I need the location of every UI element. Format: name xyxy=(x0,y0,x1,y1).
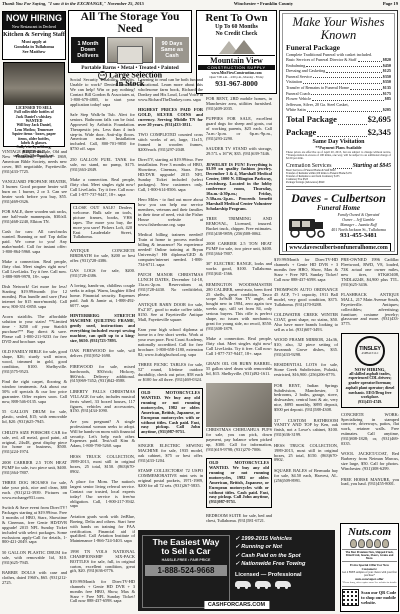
classified-ad: Safe Step Walk-In Tub. Alert for seniors… xyxy=(70,113,135,152)
classified-ad: FOR RENT, Indian Springs Subdivision, Ma… xyxy=(274,384,338,413)
classified-ad: OAK FIREWOOD for sale, will deliver. (93… xyxy=(70,349,135,359)
classified-ad: 250 GALLON FUEL TANK for sale, no stand,… xyxy=(70,158,135,173)
tinsley-asphalt-ad: TINSLEY ASPHALT LLC NOW HIRING, all skil… xyxy=(341,333,399,408)
classified-ad: THREE DOG HOUSES for sale, take your pic… xyxy=(2,481,67,501)
jack-daniels-bottles-ad: LICENSED TO SELL Full collectible bottle… xyxy=(3,62,65,147)
funeral-ad-title: Make Your Wishes Known xyxy=(286,16,391,41)
classified-ad: WOOD FRAME MIRROR, 24x36, $10; also, 32 … xyxy=(274,338,338,358)
classified-ad: 2008 CARRIER 2.5 TON HEAT PUMP for sale,… xyxy=(206,242,272,257)
cfc-subtitle: HASSLE-FREE • FAIR PRICE xyxy=(145,558,227,562)
classified-ad: Are you pregnant? A single professional … xyxy=(70,420,135,449)
classified-ad: CHILD'S SIZE PORSCHE CAR for sale, red, … xyxy=(2,431,67,456)
classified-column-6: PRE-OWNED 1996 Cadillac Fleetwood, RWD, … xyxy=(341,258,399,520)
qr-code xyxy=(342,589,359,606)
mountain-view-ad: Rent To Own Up To 60 Months No Credit Ch… xyxy=(196,10,277,94)
nuts-com-ad: Nuts.com The Best Premium Nuts, Shipped … xyxy=(340,523,399,612)
classified-ad: A place for Mom. The nation's largest se… xyxy=(70,480,135,509)
header-slogan: Thank You For Saying, "I saw it in the E… xyxy=(2,1,144,9)
tinsley-logo: TINSLEY ASPHALT LLC xyxy=(355,336,385,366)
classified-ad: Hero Miles - to find out more about how … xyxy=(138,198,203,227)
check-item: ✓ Nationwide Free Towing xyxy=(235,560,331,568)
classified-ad: FOR RENT, 2BD mobile homes, in Mancheste… xyxy=(206,97,272,112)
storage-offer-right: 90 Days Same as Cash xyxy=(155,37,189,63)
classified-ad: VINTAGE BIBLE for sale, Old and New Test… xyxy=(2,150,67,175)
funeral-pkg-label: Package xyxy=(286,127,316,138)
now-hiring-ad: NOW HIRING New Restaurant in Decherd Kit… xyxy=(2,11,66,60)
classified-ad: HIGHEST PRICES PAID FOR GOLD, SILVER COI… xyxy=(138,108,203,128)
tinsley-phone: (931)455-4749. xyxy=(344,400,396,405)
classified-ad: HINTERBERG STRETCH MACHINE QUILTING FRAM… xyxy=(70,314,135,343)
classified-ad: THOMPSON AUTO ORDNANCE 45 ACP, 7+1 capac… xyxy=(274,288,338,308)
classified-ad: ANTIQUE CONCRETE BIRDBATH for sale, $200… xyxy=(70,249,135,264)
classified-ad: BARBIE DOLLS with case and clothes, date… xyxy=(2,571,67,586)
classified-ad: WOOL JACKET/COAT, Red Barberry from Neim… xyxy=(341,452,399,472)
classified-ad: RESIDENTIAL LOTS for sale, Stone Creek S… xyxy=(274,363,338,378)
classified-ad: PATCH MANOR CHRISTMAS LUNCH DATES, Decem… xyxy=(138,273,203,298)
classified-ad: OLD FAMILY BIBLE for sale, good shape, $… xyxy=(2,350,67,375)
classified-ad: COLDWATER CREEK WINTER COAT, great shape… xyxy=(274,313,338,333)
classified-ad: VANGUARD PROPANE HEATER, 3 burner. Good … xyxy=(2,180,67,205)
funeral-phone: 931-455-3481 xyxy=(326,232,391,240)
classified-ad: $19.99/Month for DirecTV-HD channels + G… xyxy=(274,258,338,283)
classified-ad: STAMP COLLECTORS! 72 USPO COMMEMORATIVE … xyxy=(138,469,203,489)
classified-ad: SINGER ELECTRIC SEWING MACHINE for sale,… xyxy=(138,444,203,464)
check-item: ✓ Running or Not xyxy=(235,543,331,551)
classified-ad: SQUARE BALES of Bermuda hay for sale, $4… xyxy=(274,469,338,484)
now-hiring-staff: Kitchen & Serving Staff xyxy=(3,32,65,38)
classified-ad: Make a connection. Real people, flirty c… xyxy=(70,178,135,198)
classified-ad: Make a connection. Real people, flirty c… xyxy=(206,337,272,357)
classified-ad: 55 GALLON DRUM for sale, plastic, sealed… xyxy=(2,410,67,425)
cremation-price: Starting at $845 xyxy=(353,163,391,171)
classified-ad: LIBERTY FALLS CHRISTMAS VILLAGE for sale… xyxy=(70,390,135,415)
classified-ad: Make a connection. Real people, flirty c… xyxy=(2,260,67,280)
barn-photo xyxy=(107,37,153,63)
classified-ad: PUPPIES FOR SALE, excellent guard dogs f… xyxy=(206,117,272,142)
classified-ad: Dish Network! Get more for less! Startin… xyxy=(2,285,67,310)
classified-ad: REMINGTON WOODSMASTER 280 CALIBER, semi-… xyxy=(206,283,272,332)
funeral-home-name2: Funeral Home xyxy=(286,204,391,212)
now-hiring-title: NOW HIRING xyxy=(3,12,65,24)
hearse-illustration xyxy=(286,213,326,239)
classified-column-1: VINTAGE BIBLE for sale, Old and New Test… xyxy=(2,150,67,612)
funeral-website: www.davesculbertsonfuneralhome.com xyxy=(286,243,391,252)
classified-column-3: Learning to read can be both fun and edu… xyxy=(138,78,203,526)
classified-ad: Medical billing trainees needed! Train a… xyxy=(138,233,203,267)
check-item: ✓ 1999-2015 Vehicles xyxy=(235,535,331,543)
cremation-fine-print: Basic Services of Funeral Home & Staff $… xyxy=(286,170,391,187)
mountain-brand: Mountain View xyxy=(198,55,275,65)
classified-ad: Switch & Save event from DirecTV! Packag… xyxy=(2,506,67,545)
classified-ad: FLASHBACK ANTIQUE MALL, 217 Main Avenue … xyxy=(341,293,399,327)
cfc-phone: 1-888-524-9668 xyxy=(145,565,227,576)
classified-ad: Learning to read can be both fun and edu… xyxy=(138,78,203,103)
storage-offer-left: 1 Month Down Delivers xyxy=(71,37,105,63)
mountain-brand2: CONSTRUCTION SUPPLY xyxy=(198,65,275,70)
nuts-disclaimer: *Please hurry, offer expires soon. See w… xyxy=(342,581,397,584)
classified-column-5: $19.99/Month for DirecTV-HD channels + G… xyxy=(274,258,338,526)
classified-ad: FIREWOOD for sale, mixed hardwoods, $50/… xyxy=(70,365,135,385)
classified-ad: 2008 CARRIER 2.5 TON HEAT PUMP for sale,… xyxy=(2,461,67,476)
funeral-price-list: Basic Services of Funeral Director & Sta… xyxy=(286,57,391,113)
classified-ad: OLD MOTORCYCLES WANTED. We buy any old r… xyxy=(206,458,272,508)
funeral-pkg-price: $2,345 xyxy=(368,127,391,138)
classified-ad: 1998 TN VOLS NATIONAL CHAMPIONSHIP SIX-P… xyxy=(70,550,135,575)
funeral-package-row: Package $2,345 xyxy=(286,127,391,138)
chihuahua-pups-photo xyxy=(206,383,272,427)
funeral-total-label: Total Package xyxy=(286,114,337,125)
nuts-brand: Nuts.com xyxy=(342,526,397,538)
classified-ad: TREE TRIMMING AND REMOVAL, Licensed, ins… xyxy=(206,217,272,237)
classified-ad: FREE HORSE MANURE, you load, you haul. (… xyxy=(341,478,399,488)
classified-ad: CLOSE OUT SALE! Dealers welcome. Bulk sa… xyxy=(70,203,135,243)
classified-ad: SAUDER TV STAND with storage, 29.5"L x 1… xyxy=(206,147,272,157)
classified-ad: BEDROOM SUITE for sale, bed and chest, T… xyxy=(206,514,272,524)
classified-ad: DirecTV, starting at $19.99/mo. Free ins… xyxy=(138,158,203,192)
classified-ad: Earn your high school diploma at home in… xyxy=(138,328,203,357)
funeral-home-name: Daves - Culbertson xyxy=(286,189,391,204)
classified-ad: A loving, hands-on, childless couple see… xyxy=(70,284,135,309)
classified-ad: CONCRETE WORK: Specializing in stamped c… xyxy=(341,413,399,447)
cfc-checklist: ✓ 1999-2015 Vehicles✓ Running or Not✓ Ca… xyxy=(235,535,331,569)
classified-ad: 30" ELECTRIC RANGE, looks and works good… xyxy=(206,262,272,277)
classified-ad: TWO COMPLETED counted cross stitch works… xyxy=(138,133,203,153)
classified-ad: JEWELRY IS FUN! Everything is $3.99 on q… xyxy=(206,163,272,212)
classified-column-4: FOR RENT, 2BD mobile homes, in Mancheste… xyxy=(206,97,272,526)
storage-barns-ad: All The Storage You Need 1 Month Down De… xyxy=(68,10,192,73)
classified-ad: OLD MOTORCYCLES WANTED. We buy any old r… xyxy=(138,388,203,438)
classified-ad: Aviation grads work with JetBlue, Boeing… xyxy=(70,515,135,544)
classified-ad: Acorn stairlifts. The affordable solutio… xyxy=(2,315,67,344)
cfc-licensed: Licensed — Professional xyxy=(235,572,331,578)
header-page-number: Page 19 xyxy=(383,1,398,9)
cfc-logo: CASHFORCARS.COM xyxy=(204,601,269,609)
classified-ad: CHRISTMAS CHIHUAHUA PUPS for sale, you c… xyxy=(206,383,272,453)
storage-ad-title: All The Storage You Need xyxy=(71,12,189,35)
qr-caption: Scan our QR Code to shop our mobile webs… xyxy=(361,590,397,606)
check-item: ✓ Cash Paid on the Spot xyxy=(235,552,331,560)
cash-for-cars-ad: The Easiest Way to Sell a Car HASSLE-FRE… xyxy=(138,530,335,611)
funeral-total-row: Total Package $2,695 xyxy=(286,114,391,125)
rent-to-own-sub1: Up To 60 Months xyxy=(198,24,275,31)
classified-ad: Find the right carpet, flooring & window… xyxy=(2,380,67,405)
funeral-home-ad: Make Your Wishes Known Funeral Package C… xyxy=(279,10,398,255)
nut-characters xyxy=(342,539,397,548)
header-location: Winchester • Franklin County xyxy=(234,1,293,9)
mountain-phone: 931-967-8000 xyxy=(198,79,275,88)
car-icons xyxy=(235,581,331,587)
classified-ad: 50 GALLON PLASTIC DRUM for sale, with re… xyxy=(2,551,67,566)
tinsley-logo-sub: ASPHALT LLC xyxy=(362,352,379,355)
classified-column-2: Social Security Disability benefits. Una… xyxy=(70,78,135,610)
classified-ad: HESS TRUCK COLLECTION, 1989-2013, most s… xyxy=(274,444,338,464)
classified-ad: Cash for cars: All cars/trucks wanted. R… xyxy=(2,230,67,255)
rent-to-own-sub2: No Credit Check xyxy=(198,31,275,38)
cfc-ribbon: The Easiest Way to Sell a Car HASSLE-FRE… xyxy=(142,535,230,608)
classified-ad: GAS LOGS for sale, $200. (931)728-4386. xyxy=(70,269,135,279)
nuts-offer-header: Extra Special Offer For New Customers: xyxy=(342,563,397,571)
nuts-line1: The Best Premium Nuts, Shipped Fresh, Dr… xyxy=(342,549,397,562)
funeral-fine-print: These prices are effective as of April 2… xyxy=(286,151,391,161)
classified-ad: THREE PICNIC TABLES for sale, 52" round,… xyxy=(138,363,203,383)
cfc-title: The Easiest Way to Sell a Car xyxy=(145,538,227,556)
classified-ad: HESS TRUCK COLLECTION, 1989-2013, most s… xyxy=(70,455,135,475)
funeral-total-price: $2,695 xyxy=(368,114,391,125)
classified-ad: FOR SALE, three wooden suit racks, one h… xyxy=(2,210,67,225)
classified-ad: $19.99/Month for DirecTV-HD channels + G… xyxy=(70,580,135,605)
tinsley-body: all skilled asphalt trades, experienced … xyxy=(344,372,396,400)
classified-ad: Social Security Disability benefits. Una… xyxy=(70,78,135,107)
classified-ad: ANTIQUE BARN DOOR for sale, 8'x2'10", go… xyxy=(138,303,203,323)
classified-ad: PRE-OWNED 1996 Cadillac Fleetwood, RWD, … xyxy=(341,258,399,287)
classified-ad: 31" CUSTOM BATHROOM VANITY AND TOP by Ke… xyxy=(274,419,338,439)
rent-to-own-title: Rent To Own xyxy=(198,13,275,24)
newspaper-page: Thank You For Saying, "I saw it in the E… xyxy=(0,0,400,614)
funeral-package-title: Funeral Package xyxy=(286,43,391,52)
now-hiring-subtitle: New Restaurant in Decherd xyxy=(3,24,65,30)
page-header: Thank You For Saying, "I saw it in the E… xyxy=(2,1,398,9)
mountain-logo xyxy=(217,40,257,54)
bottles-photo xyxy=(4,63,64,105)
funeral-price-row: White Satin$205 xyxy=(286,107,391,113)
now-hiring-apply: Must apply at Gondola in Tullahoma See M… xyxy=(3,39,65,54)
classified-ad: GRAIN OIL OR BURN BARREL, 55 gallon stee… xyxy=(206,362,272,377)
